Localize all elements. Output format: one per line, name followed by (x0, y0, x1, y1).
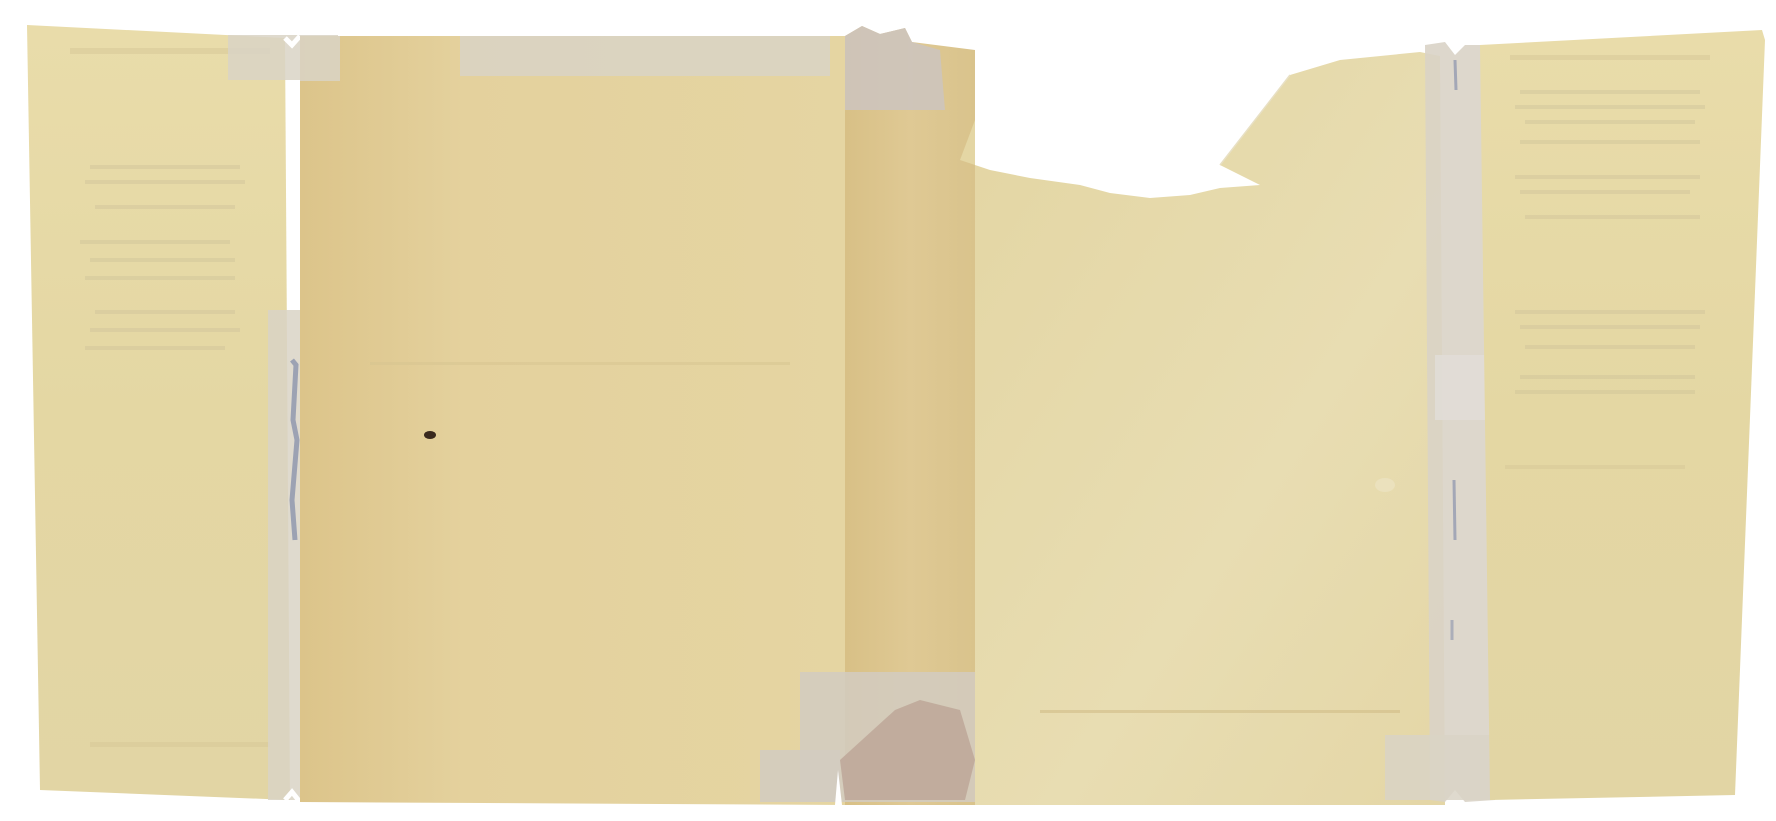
dark-spot-back-panel (424, 431, 436, 439)
right-flap (1480, 30, 1765, 800)
left-flap (27, 25, 290, 800)
photo-dust-jacket: Inside of a worn, aged book dust jacket … (0, 0, 1776, 821)
torn-top-edge-front-panel (960, 52, 1445, 805)
tape-repair-top-back-panel (460, 36, 830, 76)
tape-repair-top-spine (845, 26, 945, 110)
front-panel (960, 52, 1445, 805)
dust-jacket-illustration (0, 0, 1776, 821)
back-panel (300, 36, 845, 805)
